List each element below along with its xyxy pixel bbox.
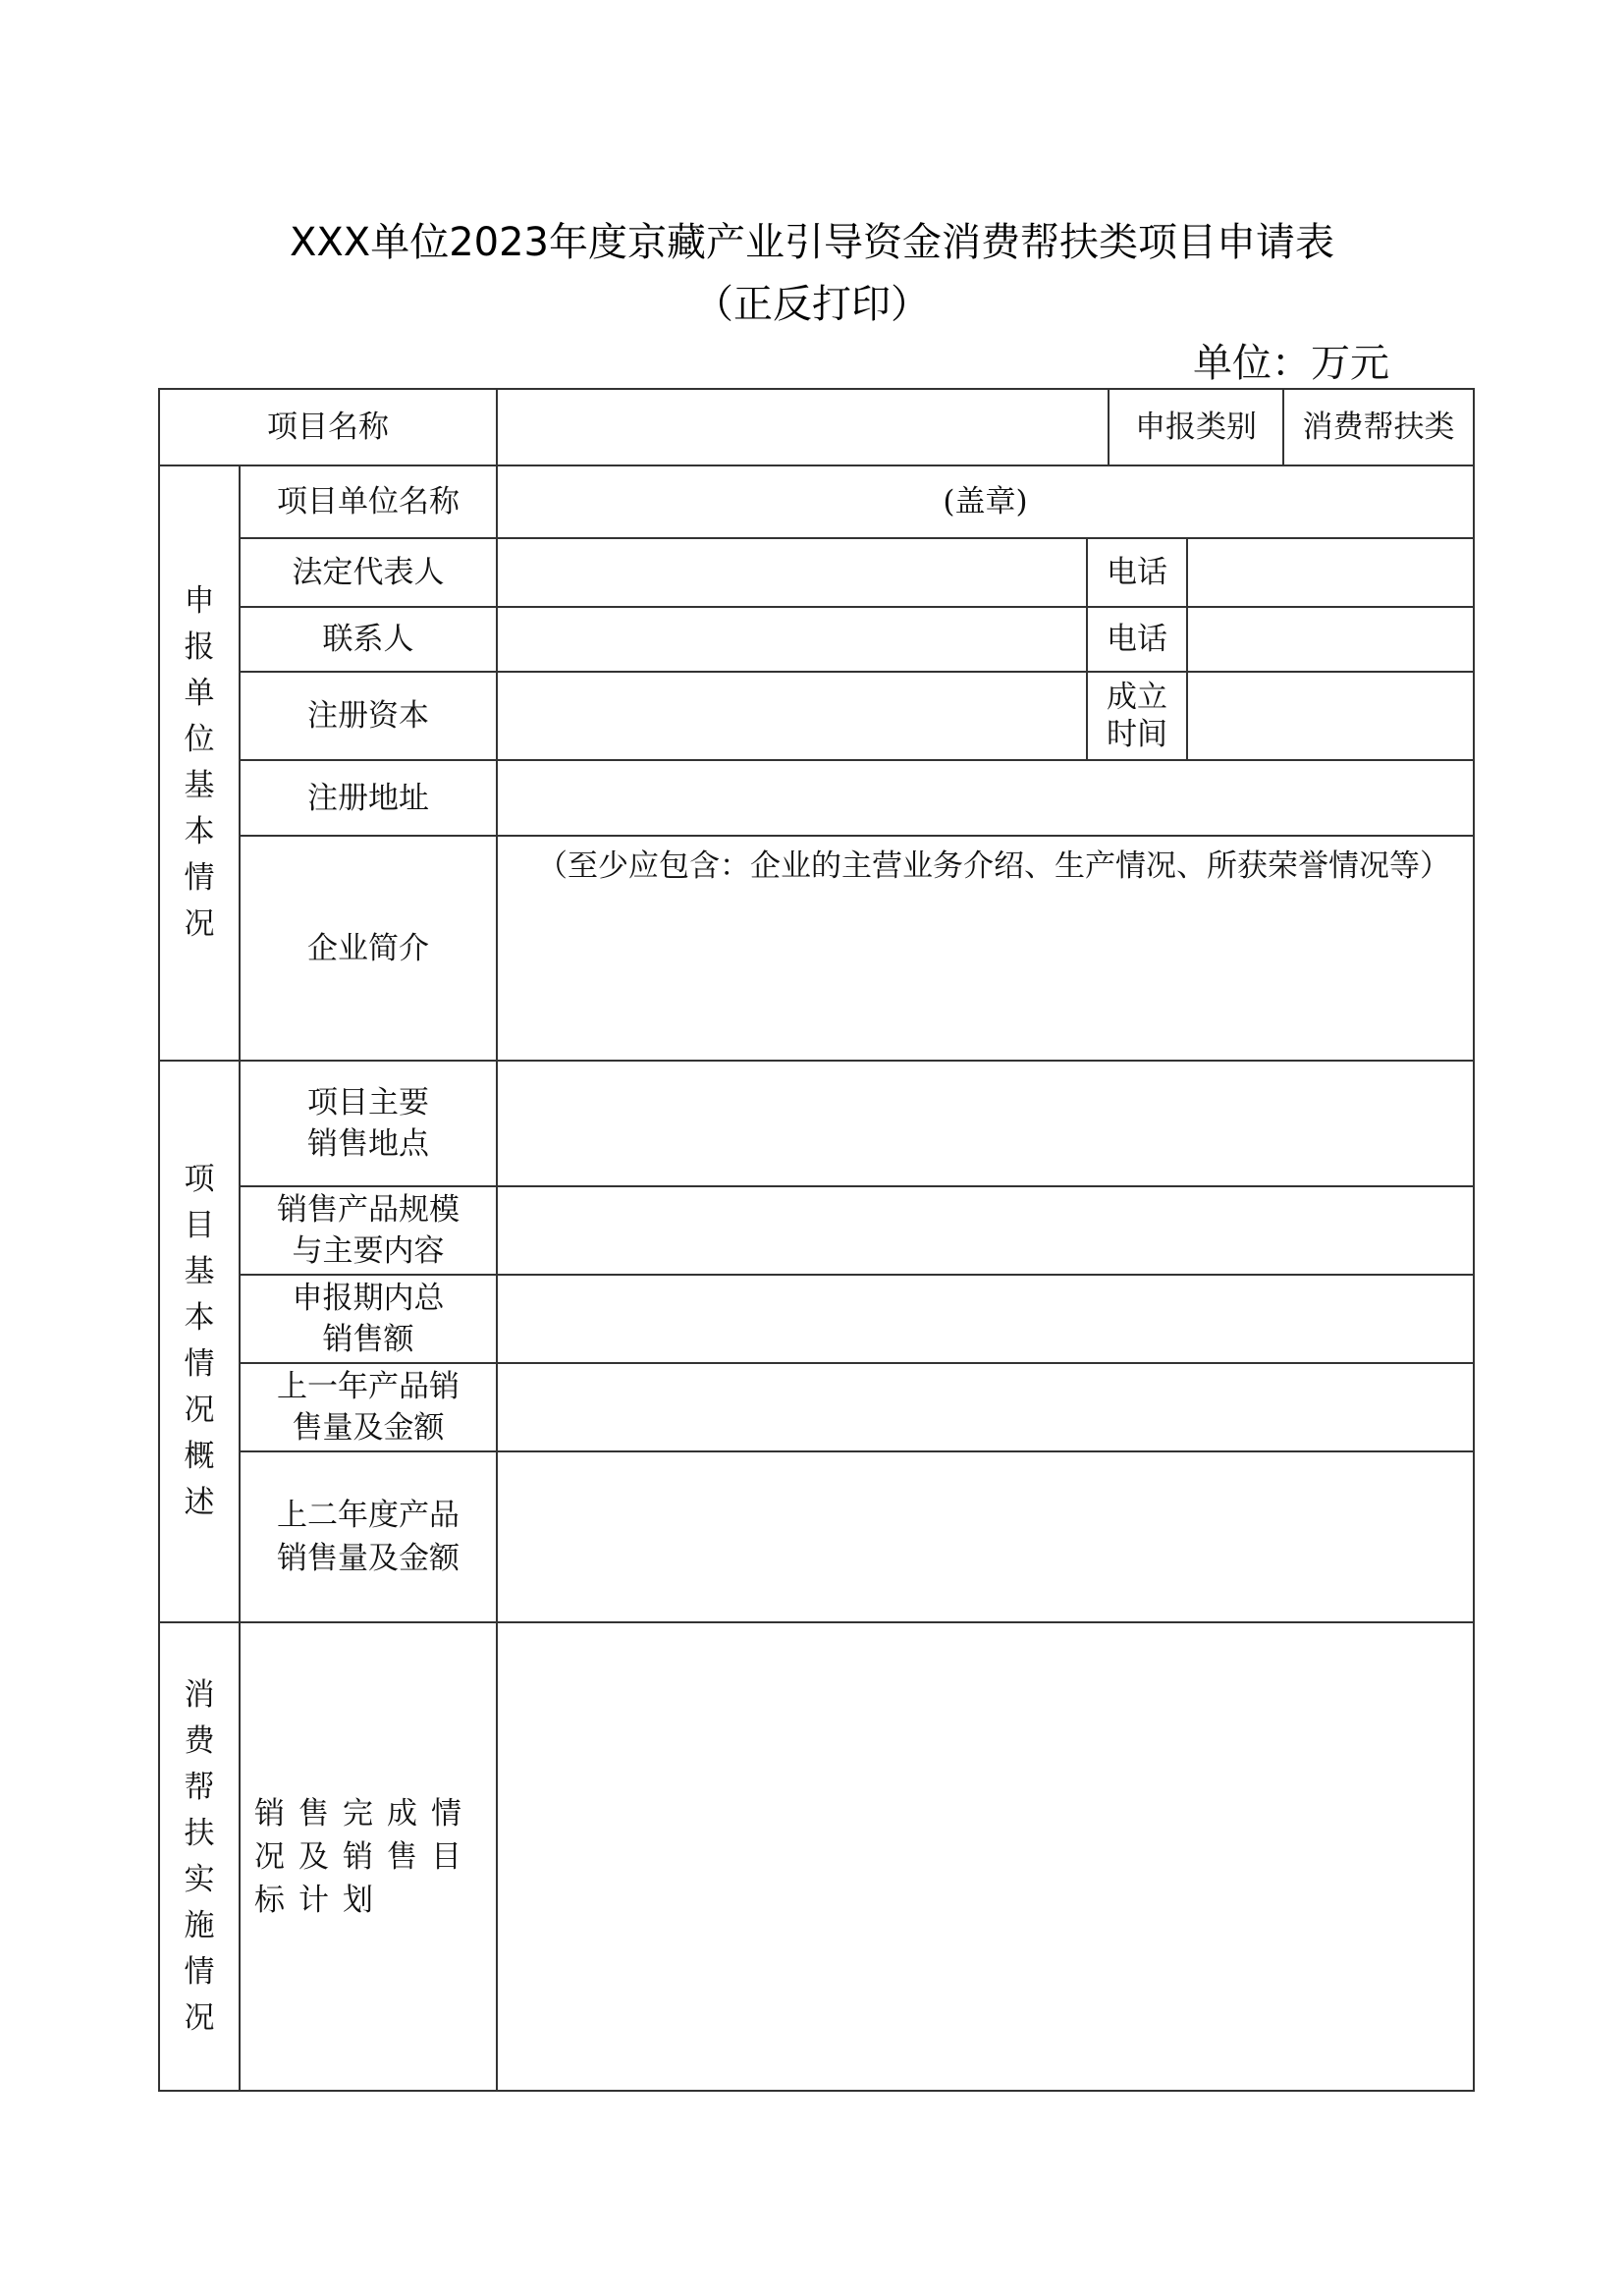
label-line: 售量及金额 bbox=[293, 1407, 445, 1449]
section-title-char: 项 bbox=[185, 1157, 215, 1203]
label-line: 上二年度产品 bbox=[277, 1494, 460, 1537]
sales-location-label: 项目主要 销售地点 bbox=[239, 1060, 498, 1187]
section-title-char: 报 bbox=[185, 625, 215, 671]
profile-hint: （至少应包含：企业的主营业务介绍、生产情况、所获荣誉情况等） bbox=[537, 845, 1450, 888]
category-value: 消费帮扶类 bbox=[1282, 388, 1475, 466]
capital-field[interactable] bbox=[496, 671, 1088, 761]
seal-hint: (盖章) bbox=[943, 480, 1027, 523]
two-years-ago-sales-field[interactable] bbox=[496, 1450, 1475, 1623]
sales-plan-label-text: 销售完成情况及销售目标计划 bbox=[254, 1792, 496, 1922]
total-sales-field[interactable] bbox=[496, 1274, 1475, 1364]
label-line: 销售地点 bbox=[307, 1123, 429, 1165]
address-label: 注册地址 bbox=[239, 759, 498, 837]
section-title-char: 本 bbox=[185, 1295, 215, 1341]
established-date-field[interactable] bbox=[1186, 671, 1475, 761]
project-name-label: 项目名称 bbox=[158, 388, 498, 466]
label-line: 项目主要 bbox=[307, 1082, 429, 1123]
total-sales-label: 申报期内总 销售额 bbox=[239, 1274, 498, 1364]
section-title-char: 单 bbox=[185, 671, 215, 717]
legal-rep-phone-label: 电话 bbox=[1086, 537, 1188, 608]
section-title-char: 情 bbox=[185, 1949, 215, 1995]
category-label: 申报类别 bbox=[1108, 388, 1284, 466]
section-title-char: 费 bbox=[185, 1719, 215, 1765]
section-title-char: 消 bbox=[185, 1672, 215, 1719]
legal-rep-label: 法定代表人 bbox=[239, 537, 498, 608]
contact-field[interactable] bbox=[496, 606, 1088, 673]
section-title-char: 基 bbox=[185, 763, 215, 809]
project-name-field[interactable] bbox=[496, 388, 1110, 466]
section-title-char: 情 bbox=[185, 1341, 215, 1388]
section-title-char: 帮 bbox=[185, 1765, 215, 1811]
currency-unit: 单位：万元 bbox=[1193, 332, 1389, 388]
section-project-overview-title: 项 目 基 本 情 况 概 述 bbox=[158, 1060, 241, 1623]
label-line: 申报期内总 bbox=[293, 1278, 445, 1319]
form-subtitle: （正反打印） bbox=[0, 273, 1624, 329]
sales-plan-field[interactable] bbox=[496, 1621, 1475, 2092]
section-consumption-aid-title: 消 费 帮 扶 实 施 情 况 bbox=[158, 1621, 241, 2092]
section-title-char: 扶 bbox=[185, 1811, 215, 1857]
section-title-char: 实 bbox=[185, 1857, 215, 1903]
label-line: 与主要内容 bbox=[293, 1230, 445, 1272]
label-line: 销售额 bbox=[323, 1319, 414, 1360]
unit-name-label: 项目单位名称 bbox=[239, 465, 498, 539]
section-title-char: 本 bbox=[185, 809, 215, 855]
established-date-label: 成立 时间 bbox=[1086, 671, 1188, 761]
section-title-char: 申 bbox=[185, 578, 215, 625]
address-field[interactable] bbox=[496, 759, 1475, 837]
established-label-line: 时间 bbox=[1107, 716, 1167, 753]
section-title-char: 目 bbox=[185, 1203, 215, 1249]
section-title-char: 况 bbox=[185, 1995, 215, 2042]
legal-rep-field[interactable] bbox=[496, 537, 1088, 608]
section-applicant-info-title: 申 报 单 位 基 本 情 况 bbox=[158, 465, 241, 1062]
label-line: 上一年产品销 bbox=[277, 1366, 460, 1407]
profile-field[interactable]: （至少应包含：企业的主营业务介绍、生产情况、所获荣誉情况等） bbox=[496, 835, 1475, 1062]
contact-label: 联系人 bbox=[239, 606, 498, 673]
section-title-char: 施 bbox=[185, 1903, 215, 1949]
established-label-line: 成立 bbox=[1107, 679, 1167, 716]
two-years-ago-sales-label: 上二年度产品 销售量及金额 bbox=[239, 1450, 498, 1623]
contact-phone-label: 电话 bbox=[1086, 606, 1188, 673]
capital-label: 注册资本 bbox=[239, 671, 498, 761]
label-line: 销售产品规模 bbox=[277, 1189, 460, 1230]
legal-rep-phone-field[interactable] bbox=[1186, 537, 1475, 608]
form-title: XXX单位2023年度京藏产业引导资金消费帮扶类项目申请表 bbox=[0, 211, 1624, 267]
section-title-char: 况 bbox=[185, 1388, 215, 1434]
section-title-char: 情 bbox=[185, 855, 215, 902]
contact-phone-field[interactable] bbox=[1186, 606, 1475, 673]
product-scale-label: 销售产品规模 与主要内容 bbox=[239, 1185, 498, 1276]
section-title-char: 况 bbox=[185, 902, 215, 948]
section-title-char: 位 bbox=[185, 717, 215, 763]
section-title-char: 概 bbox=[185, 1434, 215, 1480]
section-title-char: 述 bbox=[185, 1480, 215, 1526]
section-title-char: 基 bbox=[185, 1249, 215, 1295]
product-scale-field[interactable] bbox=[496, 1185, 1475, 1276]
last-year-sales-label: 上一年产品销 售量及金额 bbox=[239, 1362, 498, 1452]
sales-location-field[interactable] bbox=[496, 1060, 1475, 1187]
last-year-sales-field[interactable] bbox=[496, 1362, 1475, 1452]
sales-plan-label: 销售完成情况及销售目标计划 bbox=[239, 1621, 498, 2092]
label-line: 销售量及金额 bbox=[277, 1537, 460, 1580]
unit-name-field[interactable]: (盖章) bbox=[496, 465, 1475, 539]
profile-label: 企业简介 bbox=[239, 835, 498, 1062]
